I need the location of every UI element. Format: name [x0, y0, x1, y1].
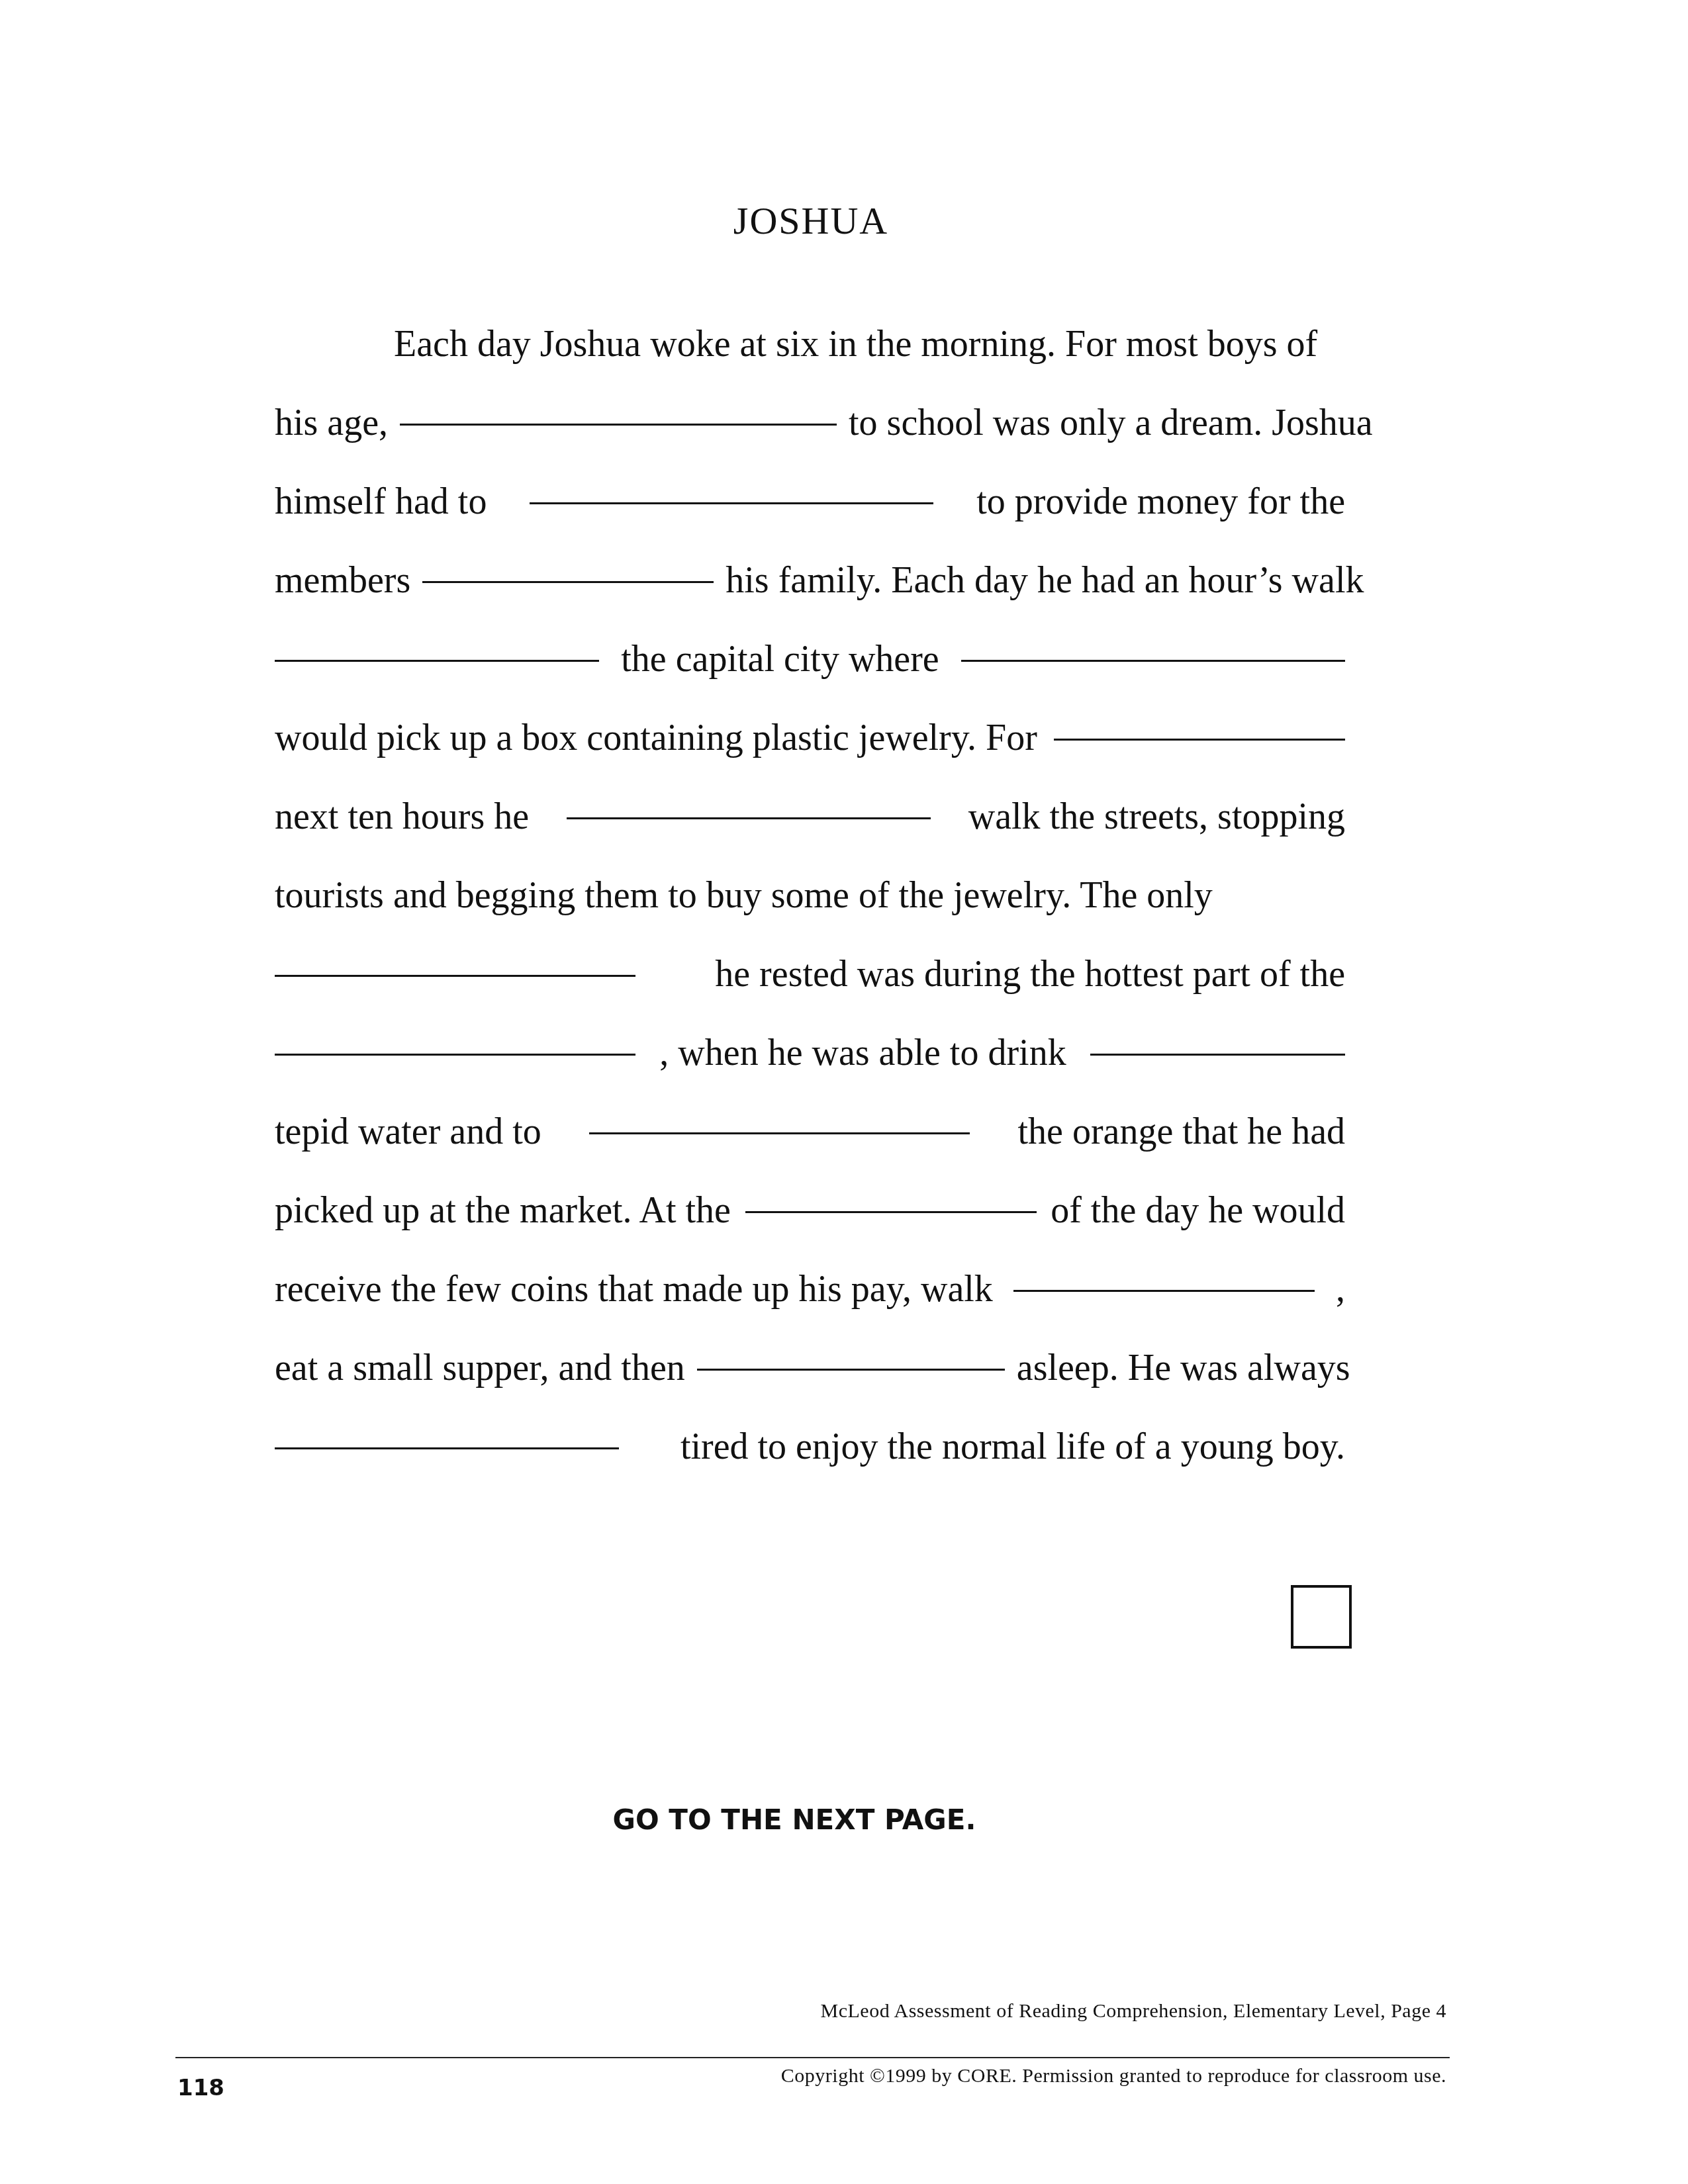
assessment-title: McLeod Assessment of Reading Comprehensi… — [821, 2000, 1446, 2023]
passage-text: tired to enjoy the normal life of a youn… — [680, 1426, 1345, 1468]
passage-line: membershis family. Each day he had an ho… — [275, 559, 1345, 638]
footer-divider — [175, 2057, 1450, 2058]
passage-text: tepid water and to — [275, 1111, 541, 1153]
score-box[interactable] — [1291, 1585, 1352, 1649]
passage-text: Each day Joshua woke at six in the morni… — [394, 323, 1317, 365]
passage-text: next ten hours he — [275, 796, 529, 838]
cloze-blank-2[interactable] — [530, 502, 933, 504]
passage-text: to school was only a dream. Joshua — [849, 402, 1373, 444]
passage-line: next ten hours hewalk the streets, stopp… — [275, 796, 1345, 874]
passage-line: tired to enjoy the normal life of a youn… — [275, 1426, 1345, 1504]
cloze-blank-7[interactable] — [567, 817, 931, 819]
passage-text: receive the few coins that made up his p… — [275, 1268, 993, 1310]
copyright-notice: Copyright ©1999 by CORE. Permission gran… — [781, 2065, 1446, 2087]
passage-line: picked up at the market. At theof the da… — [275, 1189, 1345, 1268]
passage-text: picked up at the market. At the — [275, 1189, 731, 1232]
passage-text: his age, — [275, 402, 388, 444]
cloze-blank-3[interactable] — [422, 580, 714, 583]
cloze-blank-5[interactable] — [961, 659, 1345, 662]
cloze-blank-8[interactable] — [275, 974, 635, 977]
passage-text: of the day he would — [1051, 1189, 1345, 1232]
passage-text: would pick up a box containing plastic j… — [275, 717, 1037, 759]
passage-line: his age,to school was only a dream. Josh… — [275, 402, 1345, 480]
passage-text: asleep. He was always — [1017, 1347, 1350, 1389]
cloze-blank-14[interactable] — [697, 1368, 1005, 1371]
page-number: 118 — [177, 2075, 224, 2101]
passage-text: the capital city where — [621, 638, 939, 680]
cloze-blank-1[interactable] — [400, 423, 837, 426]
passage-line: tepid water and tothe orange that he had — [275, 1111, 1345, 1189]
passage-text: members — [275, 559, 410, 602]
cloze-blank-13[interactable] — [1013, 1289, 1315, 1292]
passage-line: receive the few coins that made up his p… — [275, 1268, 1345, 1347]
cloze-blank-6[interactable] — [1054, 738, 1345, 741]
cloze-blank-10[interactable] — [1090, 1053, 1345, 1056]
passage-text: the orange that he had — [1018, 1111, 1345, 1153]
passage-line: tourists and begging them to buy some of… — [275, 874, 1345, 953]
cloze-blank-4[interactable] — [275, 659, 599, 662]
passage-line: eat a small supper, and thenasleep. He w… — [275, 1347, 1345, 1426]
passage-line: he rested was during the hottest part of… — [275, 953, 1345, 1032]
story-title: JOSHUA — [0, 199, 1622, 243]
passage-text: eat a small supper, and then — [275, 1347, 685, 1389]
passage-line: the capital city where — [275, 638, 1345, 717]
cloze-blank-15[interactable] — [275, 1447, 619, 1449]
passage-text: his family. Each day he had an hour’s wa… — [726, 559, 1364, 602]
cloze-blank-11[interactable] — [589, 1132, 970, 1134]
passage-line: himself had toto provide money for the — [275, 480, 1345, 559]
passage-text: , — [1336, 1268, 1345, 1310]
cloze-passage: Each day Joshua woke at six in the morni… — [275, 323, 1345, 1504]
passage-text: tourists and begging them to buy some of… — [275, 874, 1213, 917]
next-page-instruction: GO TO THE NEXT PAGE. — [0, 1803, 1589, 1836]
passage-text: , when he was able to drink — [659, 1032, 1066, 1074]
cloze-blank-12[interactable] — [745, 1210, 1037, 1213]
passage-text: he rested was during the hottest part of… — [715, 953, 1345, 995]
passage-line: Each day Joshua woke at six in the morni… — [275, 323, 1345, 402]
passage-text: himself had to — [275, 480, 487, 523]
passage-line: would pick up a box containing plastic j… — [275, 717, 1345, 796]
passage-text: to provide money for the — [976, 480, 1345, 523]
cloze-blank-9[interactable] — [275, 1053, 635, 1056]
passage-line: , when he was able to drink — [275, 1032, 1345, 1111]
passage-text: walk the streets, stopping — [968, 796, 1345, 838]
